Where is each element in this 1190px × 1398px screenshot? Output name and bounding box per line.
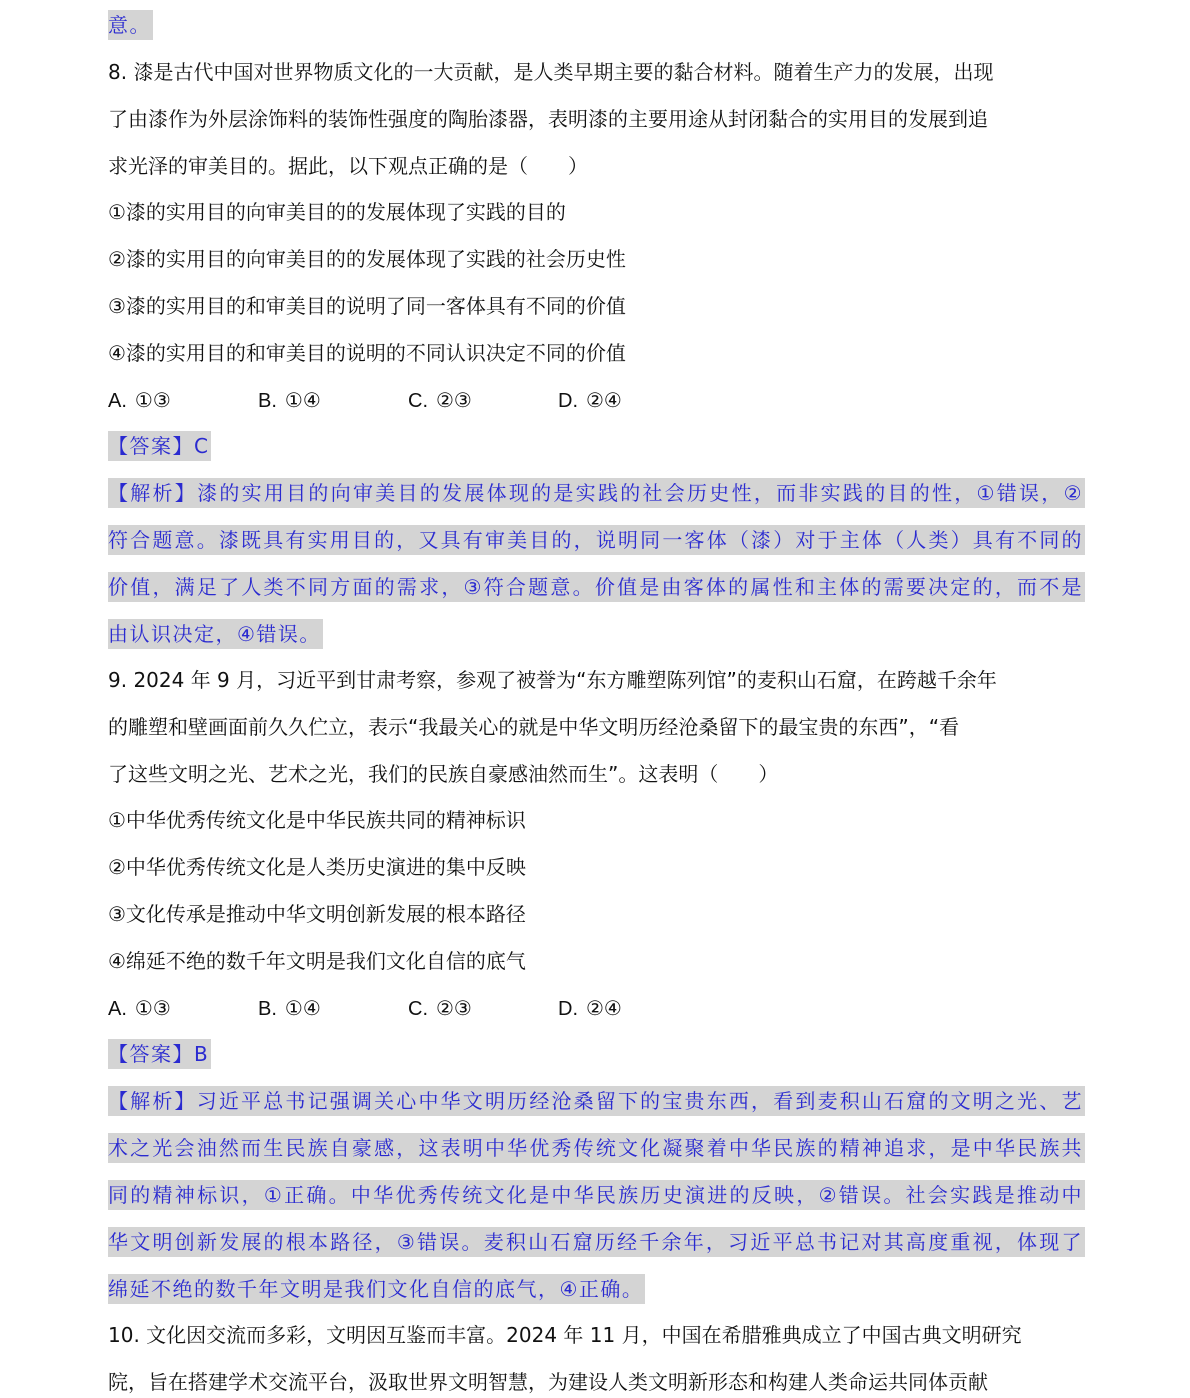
q9-analysis-line-4: 华文明创新发展的根本路径，③错误。麦积山石窟历经千余年，习近平总书记对其高度重视… [108,1219,1083,1266]
q8-stem-line-1: 8. 漆是古代中国对世界物质文化的一大贡献，是人类早期主要的黏合材料。随着生产力… [108,49,993,96]
q8-analysis-line-4: 由认识决定，④错误。 [108,611,323,658]
q8-statement-1: ①漆的实用目的向审美目的的发展体现了实践的目的 [108,189,566,236]
q8-answer: 【答案】C [108,423,211,470]
q8-options: A.①③ B.①④ C.②③ D.②④ [108,377,708,424]
q9-stem-line-3: 了这些文明之光、艺术之光，我们的民族自豪感油然而生”。这表明（ ） [108,751,778,798]
q9-analysis-line-2: 术之光会油然而生民族自豪感，这表明中华优秀传统文化凝聚着中华民族的精神追求，是中… [108,1125,1083,1172]
q8-stem-line-2: 了由漆作为外层涂饰料的装饰性强度的陶胎漆器，表明漆的主要用途从封闭黏合的实用目的… [108,96,988,143]
q8-option-b: B.①④ [258,377,408,424]
q9-options: A.①③ B.①④ C.②③ D.②④ [108,985,708,1032]
q9-analysis-line-3: 同的精神标识，①正确。中华优秀传统文化是中华民族历史演进的反映，②错误。社会实践… [108,1172,1083,1219]
q8-option-a: A.①③ [108,377,258,424]
previous-analysis-tail: 意。 [108,2,153,49]
q9-analysis-line-1: 【解析】习近平总书记强调关心中华文明历经沧桑留下的宝贵东西，看到麦积山石窟的文明… [108,1078,1083,1125]
q8-option-c: C.②③ [408,377,558,424]
q9-statement-3: ③文化传承是推动中华文明创新发展的根本路径 [108,891,526,938]
q9-option-c: C.②③ [408,985,558,1032]
q8-option-d: D.②④ [558,377,708,424]
q9-statement-2: ②中华优秀传统文化是人类历史演进的集中反映 [108,844,526,891]
q9-option-a: A.①③ [108,985,258,1032]
q8-analysis-line-3: 价值，满足了人类不同方面的需求，③符合题意。价值是由客体的属性和主体的需要决定的… [108,564,1083,611]
q10-stem-line-2: 院，旨在搭建学术交流平台，汲取世界文明智慧，为建设人类文明新形态和构建人类命运共… [108,1359,988,1398]
q9-stem-line-1: 9. 2024 年 9 月，习近平到甘肃考察，参观了被誉为“东方雕塑陈列馆”的麦… [108,657,997,704]
q9-option-d: D.②④ [558,985,708,1032]
q9-option-b: B.①④ [258,985,408,1032]
q8-statement-4: ④漆的实用目的和审美目的说明的不同认识决定不同的价值 [108,330,626,377]
q9-analysis-line-5: 绵延不绝的数千年文明是我们文化自信的底气，④正确。 [108,1266,645,1313]
q9-statement-4: ④绵延不绝的数千年文明是我们文化自信的底气 [108,938,526,985]
q8-analysis-line-2: 符合题意。漆既具有实用目的，又具有审美目的，说明同一客体（漆）对于主体（人类）具… [108,517,1083,564]
q9-answer: 【答案】B [108,1031,211,1078]
q8-statement-2: ②漆的实用目的向审美目的的发展体现了实践的社会历史性 [108,236,626,283]
q8-statement-3: ③漆的实用目的和审美目的说明了同一客体具有不同的价值 [108,283,626,330]
q10-stem-line-1: 10. 文化因交流而多彩，文明因互鉴而丰富。2024 年 11 月，中国在希腊雅… [108,1312,1022,1359]
q9-statement-1: ①中华优秀传统文化是中华民族共同的精神标识 [108,797,526,844]
q9-stem-line-2: 的雕塑和壁画面前久久伫立，表示“我最关心的就是中华文明历经沧桑留下的最宝贵的东西… [108,704,959,751]
q8-stem-line-3: 求光泽的审美目的。据此，以下观点正确的是（ ） [108,143,588,190]
q8-analysis-line-1: 【解析】漆的实用目的向审美目的发展体现的是实践的社会历史性，而非实践的目的性，①… [108,470,1083,517]
